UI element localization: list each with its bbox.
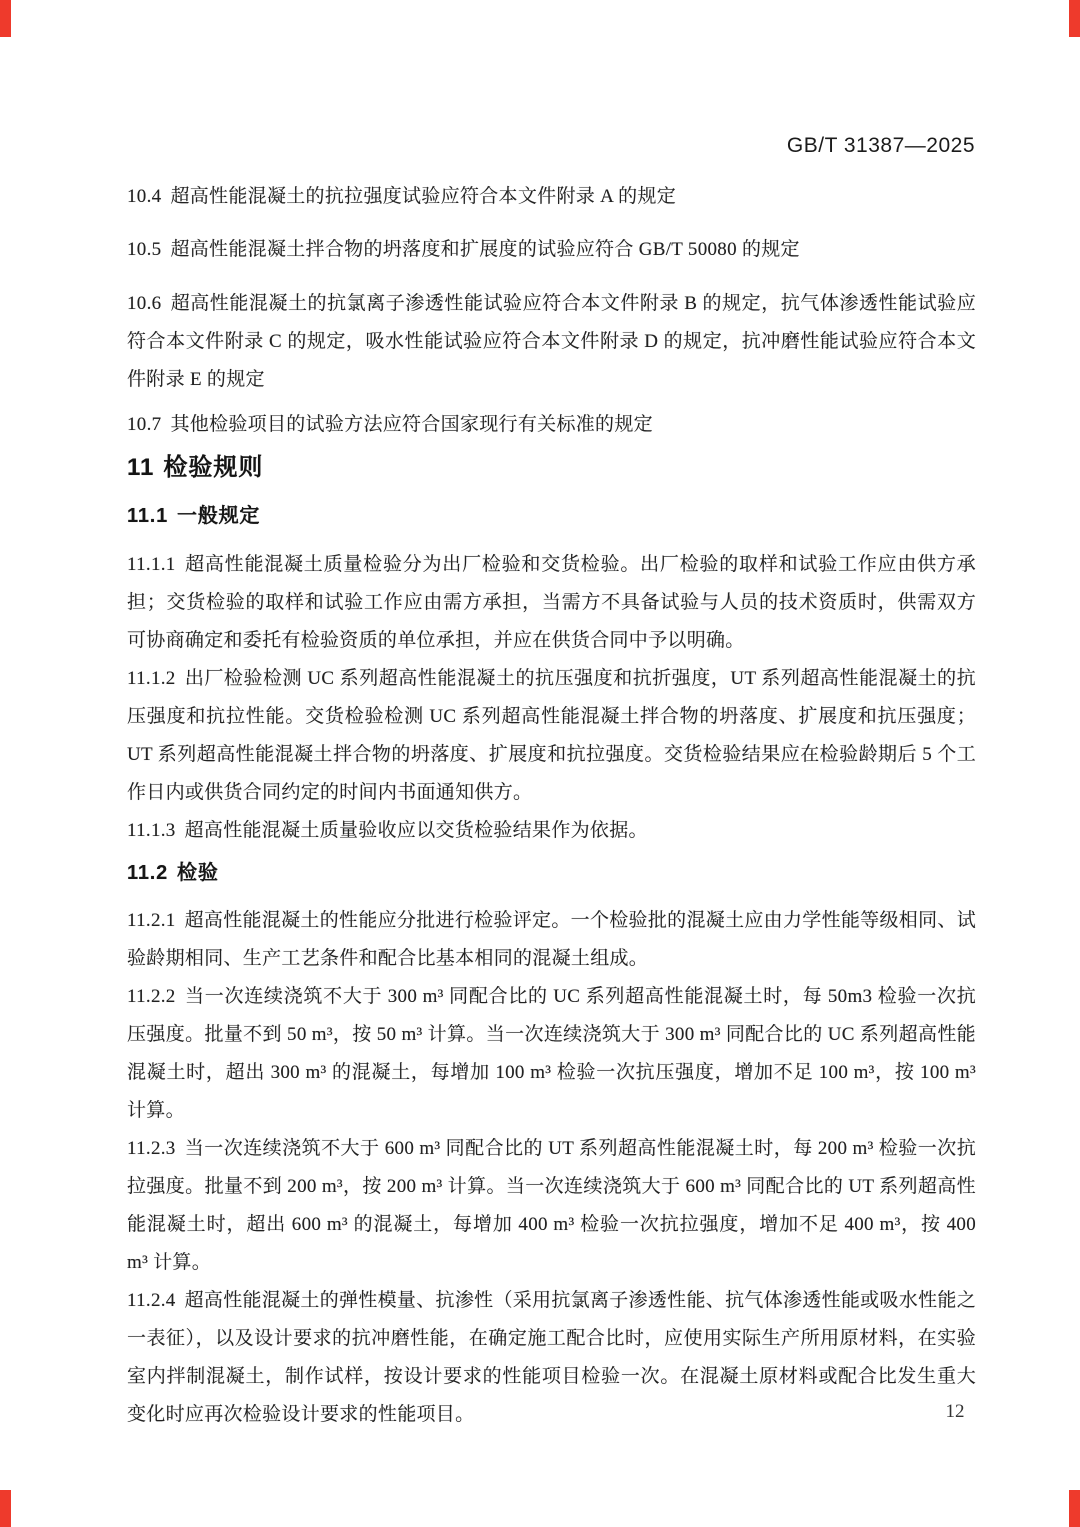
document-page: GB/T 31387—2025 10.4超高性能混凝土的抗拉强度试验应符合本文件… bbox=[0, 0, 1080, 1527]
standard-number-header: GB/T 31387—2025 bbox=[787, 134, 975, 158]
clause-text: 超高性能混凝土的抗拉强度试验应符合本文件附录 A 的规定 bbox=[170, 186, 676, 207]
clause-10-6: 10.6超高性能混凝土的抗氯离子渗透性能试验应符合本文件附录 B 的规定，抗气体… bbox=[127, 285, 976, 399]
clause-text: 超高性能混凝土的抗氯离子渗透性能试验应符合本文件附录 B 的规定，抗气体渗透性能… bbox=[127, 293, 976, 390]
clause-text: 超高性能混凝土质量检验分为出厂检验和交货检验。出厂检验的取样和试验工作应由供方承… bbox=[127, 554, 976, 651]
subsection-heading-11-1: 11.1一般规定 bbox=[127, 497, 976, 535]
corner-mark-top-right bbox=[1069, 0, 1080, 37]
clause-number: 11.2.4 bbox=[127, 1290, 185, 1311]
subsection-title: 检验 bbox=[177, 862, 219, 884]
clause-11-2-3: 11.2.3当一次连续浇筑不大于 600 m³ 同配合比的 UT 系列超高性能混… bbox=[127, 1130, 976, 1282]
clause-number: 10.6 bbox=[127, 293, 170, 314]
clause-text: 超高性能混凝土拌合物的坍落度和扩展度的试验应符合 GB/T 50080 的规定 bbox=[170, 239, 799, 260]
section-number: 11 bbox=[127, 454, 163, 481]
clause-11-2-1: 11.2.1超高性能混凝土的性能应分批进行检验评定。一个检验批的混凝土应由力学性… bbox=[127, 902, 976, 978]
clause-10-5: 10.5超高性能混凝土拌合物的坍落度和扩展度的试验应符合 GB/T 50080 … bbox=[127, 231, 976, 269]
clause-text: 出厂检验检测 UC 系列超高性能混凝土的抗压强度和抗折强度，UT 系列超高性能混… bbox=[127, 668, 976, 803]
clause-10-4: 10.4超高性能混凝土的抗拉强度试验应符合本文件附录 A 的规定 bbox=[127, 178, 976, 216]
clause-number: 11.1.1 bbox=[127, 554, 185, 575]
corner-mark-bottom-left bbox=[0, 1490, 11, 1527]
page-content: 10.4超高性能混凝土的抗拉强度试验应符合本文件附录 A 的规定 10.5超高性… bbox=[127, 178, 976, 1434]
clause-number: 10.7 bbox=[127, 414, 170, 435]
clause-number: 11.2.2 bbox=[127, 986, 185, 1007]
corner-mark-bottom-right bbox=[1069, 1490, 1080, 1527]
clause-11-2-2: 11.2.2当一次连续浇筑不大于 300 m³ 同配合比的 UC 系列超高性能混… bbox=[127, 978, 976, 1130]
clause-number: 11.2.3 bbox=[127, 1138, 185, 1159]
subsection-number: 11.1 bbox=[127, 505, 177, 527]
clause-text: 当一次连续浇筑不大于 600 m³ 同配合比的 UT 系列超高性能混凝土时，每 … bbox=[127, 1138, 976, 1273]
clause-text: 超高性能混凝土的弹性模量、抗渗性（采用抗氯离子渗透性能、抗气体渗透性能或吸水性能… bbox=[127, 1290, 976, 1425]
clause-text: 当一次连续浇筑不大于 300 m³ 同配合比的 UC 系列超高性能混凝土时，每 … bbox=[127, 986, 976, 1121]
subsection-title: 一般规定 bbox=[177, 505, 260, 527]
clause-11-2-4: 11.2.4超高性能混凝土的弹性模量、抗渗性（采用抗氯离子渗透性能、抗气体渗透性… bbox=[127, 1282, 976, 1434]
clause-text: 其他检验项目的试验方法应符合国家现行有关标准的规定 bbox=[170, 414, 653, 435]
clause-number: 11.2.1 bbox=[127, 910, 185, 931]
clause-number: 10.4 bbox=[127, 186, 170, 207]
corner-mark-top-left bbox=[0, 0, 11, 37]
clause-text: 超高性能混凝土质量验收应以交货检验结果作为依据。 bbox=[185, 820, 648, 841]
clause-11-1-1: 11.1.1超高性能混凝土质量检验分为出厂检验和交货检验。出厂检验的取样和试验工… bbox=[127, 546, 976, 660]
page-number: 12 bbox=[938, 1401, 972, 1423]
subsection-heading-11-2: 11.2检验 bbox=[127, 854, 976, 892]
section-title: 检验规则 bbox=[163, 454, 263, 481]
clause-number: 11.1.2 bbox=[127, 668, 185, 689]
clause-number: 11.1.3 bbox=[127, 820, 185, 841]
clause-text: 超高性能混凝土的性能应分批进行检验评定。一个检验批的混凝土应由力学性能等级相同、… bbox=[127, 910, 976, 969]
section-heading-11: 11检验规则 bbox=[127, 448, 976, 488]
clause-11-1-3: 11.1.3超高性能混凝土质量验收应以交货检验结果作为依据。 bbox=[127, 812, 976, 850]
clause-number: 10.5 bbox=[127, 239, 170, 260]
clause-11-1-2: 11.1.2出厂检验检测 UC 系列超高性能混凝土的抗压强度和抗折强度，UT 系… bbox=[127, 660, 976, 812]
subsection-number: 11.2 bbox=[127, 862, 177, 884]
clause-10-7: 10.7其他检验项目的试验方法应符合国家现行有关标准的规定 bbox=[127, 406, 976, 444]
